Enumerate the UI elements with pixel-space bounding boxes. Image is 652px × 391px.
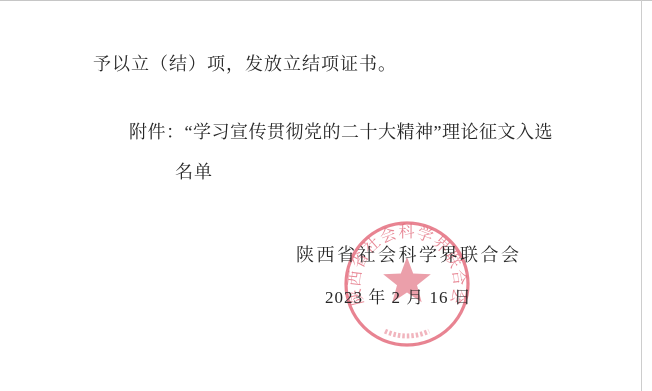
official-seal-graphic: 陕西省社会科学界联合会 <box>323 200 491 368</box>
page-right-edge <box>641 0 642 391</box>
attachment-line-1: 附件：“学习宣传贯彻党的二十大精神”理论征文入选 <box>129 123 553 141</box>
body-paragraph: 予以立（结）项，发放立结项证书。 <box>93 55 397 73</box>
signature-date: 2023 年 2 月 16 日 <box>325 289 472 306</box>
attachment-line-2: 名单 <box>175 163 213 181</box>
document-page: 予以立（结）项，发放立结项证书。 附件：“学习宣传贯彻党的二十大精神”理论征文入… <box>0 0 652 391</box>
official-seal: 陕西省社会科学界联合会 <box>323 200 491 368</box>
page-top-edge <box>0 0 652 1</box>
signature-organization: 陕西省社会科学界联合会 <box>296 246 522 264</box>
seal-bottom-marks <box>385 331 429 336</box>
